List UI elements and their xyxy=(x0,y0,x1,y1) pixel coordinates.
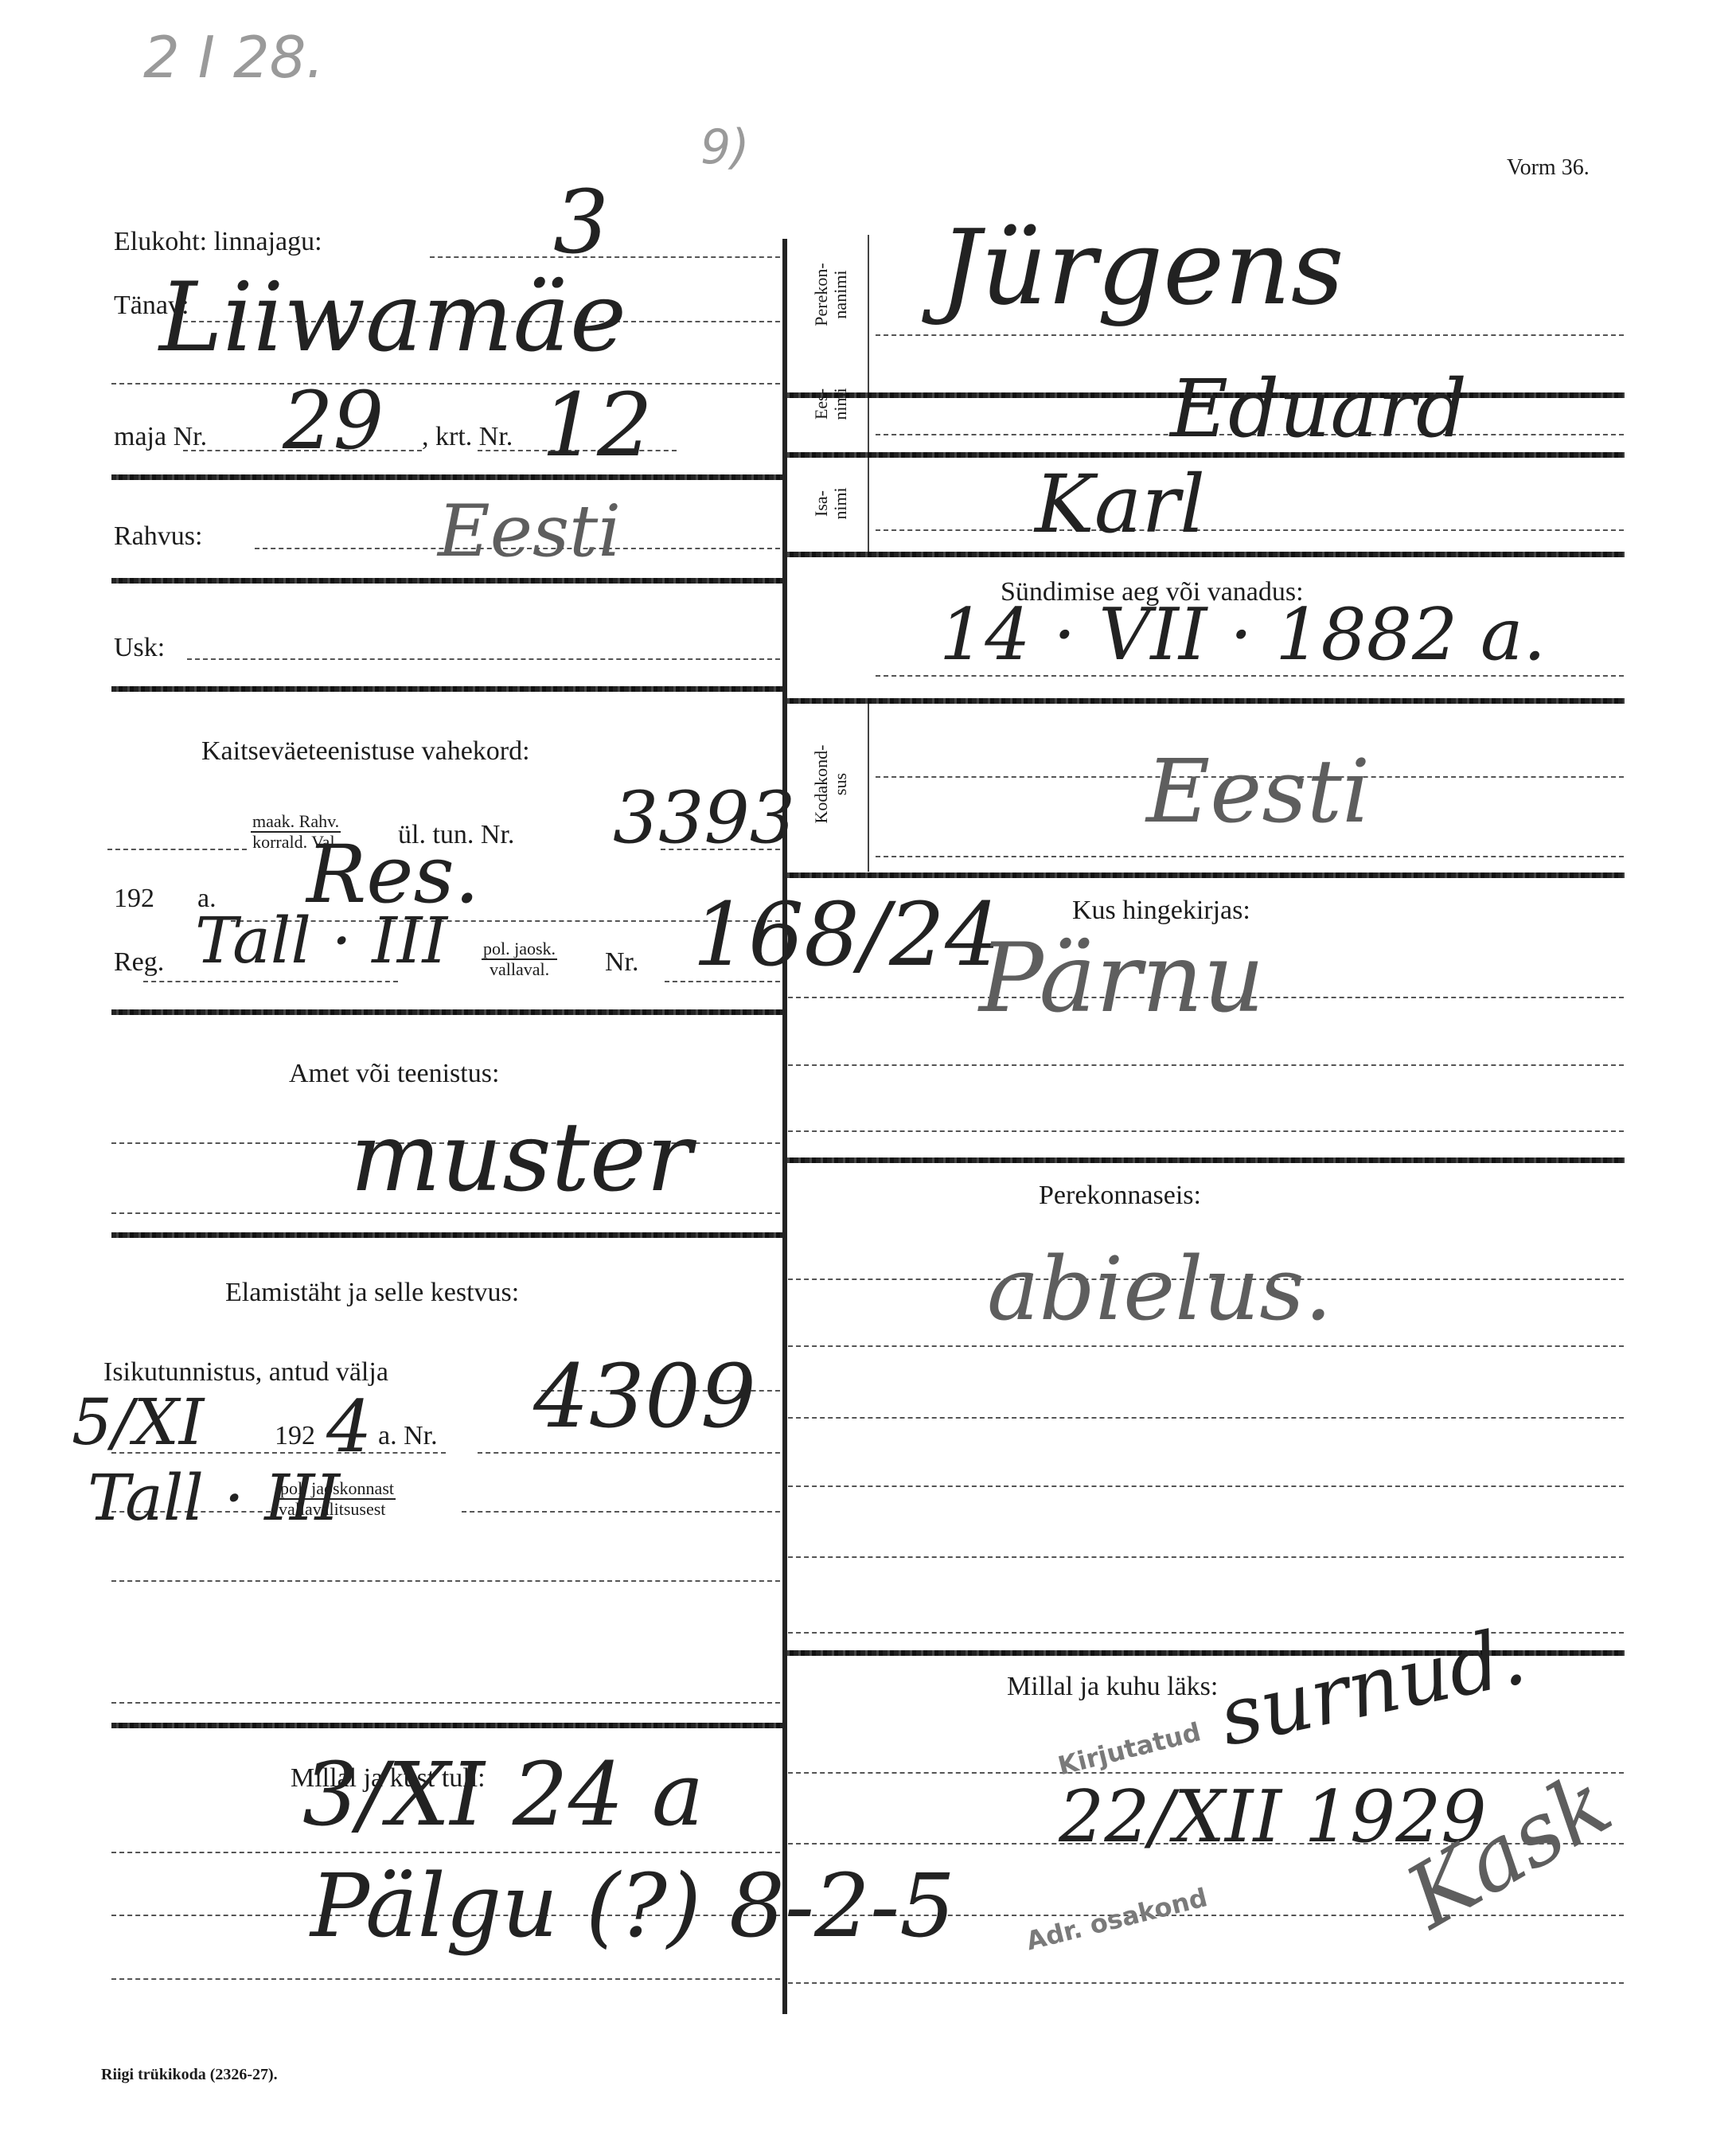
id-issue-date-value: 5/XI xyxy=(72,1385,204,1459)
registry-stamp-bottom: Adr. osakond xyxy=(1023,1882,1210,1956)
id-issuer-fraction: pol. jaoskonnastvallavalitsusest xyxy=(279,1479,396,1519)
id-year-label: 192 xyxy=(275,1421,315,1451)
rule xyxy=(782,698,1625,704)
rule xyxy=(782,552,1625,557)
fill-line xyxy=(876,856,1624,857)
id-card-label: Isikutunnistus, antud välja xyxy=(103,1357,388,1388)
marital-value: abielus. xyxy=(987,1238,1332,1340)
parish-value: Pärnu xyxy=(979,923,1265,1034)
form-number: Vorm 36. xyxy=(1507,155,1590,181)
apartment-label: , krt. Nr. xyxy=(422,422,513,452)
rule xyxy=(111,1723,782,1728)
religion-label: Usk: xyxy=(114,633,165,663)
fill-line xyxy=(143,981,398,982)
occupation-value: muster xyxy=(350,1103,692,1213)
fill-line xyxy=(111,1702,780,1704)
birth-value: 14 · VII · 1882 a. xyxy=(939,593,1546,677)
rule xyxy=(111,474,782,480)
id-year-digit: 4 xyxy=(326,1385,372,1469)
fill-line xyxy=(187,658,780,660)
fill-line xyxy=(788,1345,1624,1347)
fill-line xyxy=(788,1130,1624,1132)
military-title: Kaitseväeteenistuse vahekord: xyxy=(201,736,530,767)
surname-vertical-label: Perekon-nanimi xyxy=(812,239,850,350)
fill-line xyxy=(876,529,1624,531)
firstname-value: Eduard xyxy=(1170,362,1467,455)
fill-line xyxy=(462,1511,780,1513)
occupation-label: Amet või teenistus: xyxy=(289,1059,499,1089)
fill-line xyxy=(111,1978,780,1980)
label-column-divider-2 xyxy=(868,701,869,872)
fraction-top: pol. jaosk. xyxy=(482,939,557,960)
surname-value: Jürgens xyxy=(939,207,1344,328)
rule xyxy=(111,578,782,584)
patronymic-vertical-label: Isa-nimi xyxy=(812,458,850,549)
fill-line xyxy=(111,1852,780,1853)
fill-line xyxy=(111,1580,780,1582)
fraction-top: pol. jaoskonnast xyxy=(279,1479,396,1500)
house-label: maja Nr. xyxy=(114,422,207,452)
rule xyxy=(111,686,782,692)
fill-line xyxy=(788,1556,1624,1558)
fill-line xyxy=(107,849,247,850)
rule xyxy=(111,1009,782,1015)
reg-value: Tall · III xyxy=(195,904,447,978)
fill-line xyxy=(788,1485,1624,1487)
office-number-value: 3393 xyxy=(613,776,795,860)
reg-label: Reg. xyxy=(114,947,164,978)
pencil-date-annotation: 2 I 28. xyxy=(143,24,324,91)
year-label: 192 xyxy=(114,884,154,914)
arrival-date-value: 3/XI 24 a xyxy=(302,1743,704,1845)
fraction-bottom: vallavalitsusest xyxy=(279,1499,385,1519)
arrival-from-value: Pälgu (?) 8-2-5 xyxy=(310,1855,955,1957)
marital-label: Perekonnaseis: xyxy=(1039,1181,1201,1211)
patronymic-value: Karl xyxy=(1035,458,1205,551)
parish-label: Kus hingekirjas: xyxy=(1072,896,1250,926)
departure-label: Millal ja kuhu läks: xyxy=(1007,1672,1218,1702)
rule xyxy=(111,1232,782,1238)
fill-line xyxy=(788,1772,1624,1774)
pencil-mark: 9) xyxy=(700,119,750,175)
district-value: 3 xyxy=(553,171,609,273)
fraction-bottom: vallaval. xyxy=(490,959,549,979)
nationality-label: Rahvus: xyxy=(114,521,202,552)
police-district-fraction: pol. jaosk.vallaval. xyxy=(482,939,557,979)
residence-permit-title: Elamistäht ja selle kestvus: xyxy=(225,1278,519,1308)
rule xyxy=(782,1157,1625,1163)
center-divider xyxy=(782,239,787,2014)
rule xyxy=(782,873,1625,878)
nr-value: 168/24 xyxy=(692,884,1001,986)
house-value: 29 xyxy=(283,374,384,467)
fill-line xyxy=(876,334,1624,336)
fill-line xyxy=(478,1452,780,1454)
firstname-vertical-label: Ees-nimi xyxy=(812,358,850,450)
fill-line xyxy=(788,1417,1624,1419)
nationality-value: Eesti xyxy=(438,490,621,573)
fill-line xyxy=(788,1064,1624,1066)
apartment-value: 12 xyxy=(541,374,653,476)
street-value: Liiwamäe xyxy=(159,263,626,373)
citizenship-vertical-label: Kodakond-sus xyxy=(812,705,850,864)
fill-line xyxy=(788,1982,1624,1984)
id-a-nr-label: a. Nr. xyxy=(378,1421,438,1451)
fill-line xyxy=(111,383,780,385)
printer-imprint: Riigi trükikoda (2326-27). xyxy=(101,2066,278,2084)
citizenship-value: Eesti xyxy=(1146,740,1370,842)
nr-label: Nr. xyxy=(605,947,639,978)
district-label: Elukoht: linnajagu: xyxy=(114,227,322,257)
id-number-value: 4309 xyxy=(533,1345,756,1447)
